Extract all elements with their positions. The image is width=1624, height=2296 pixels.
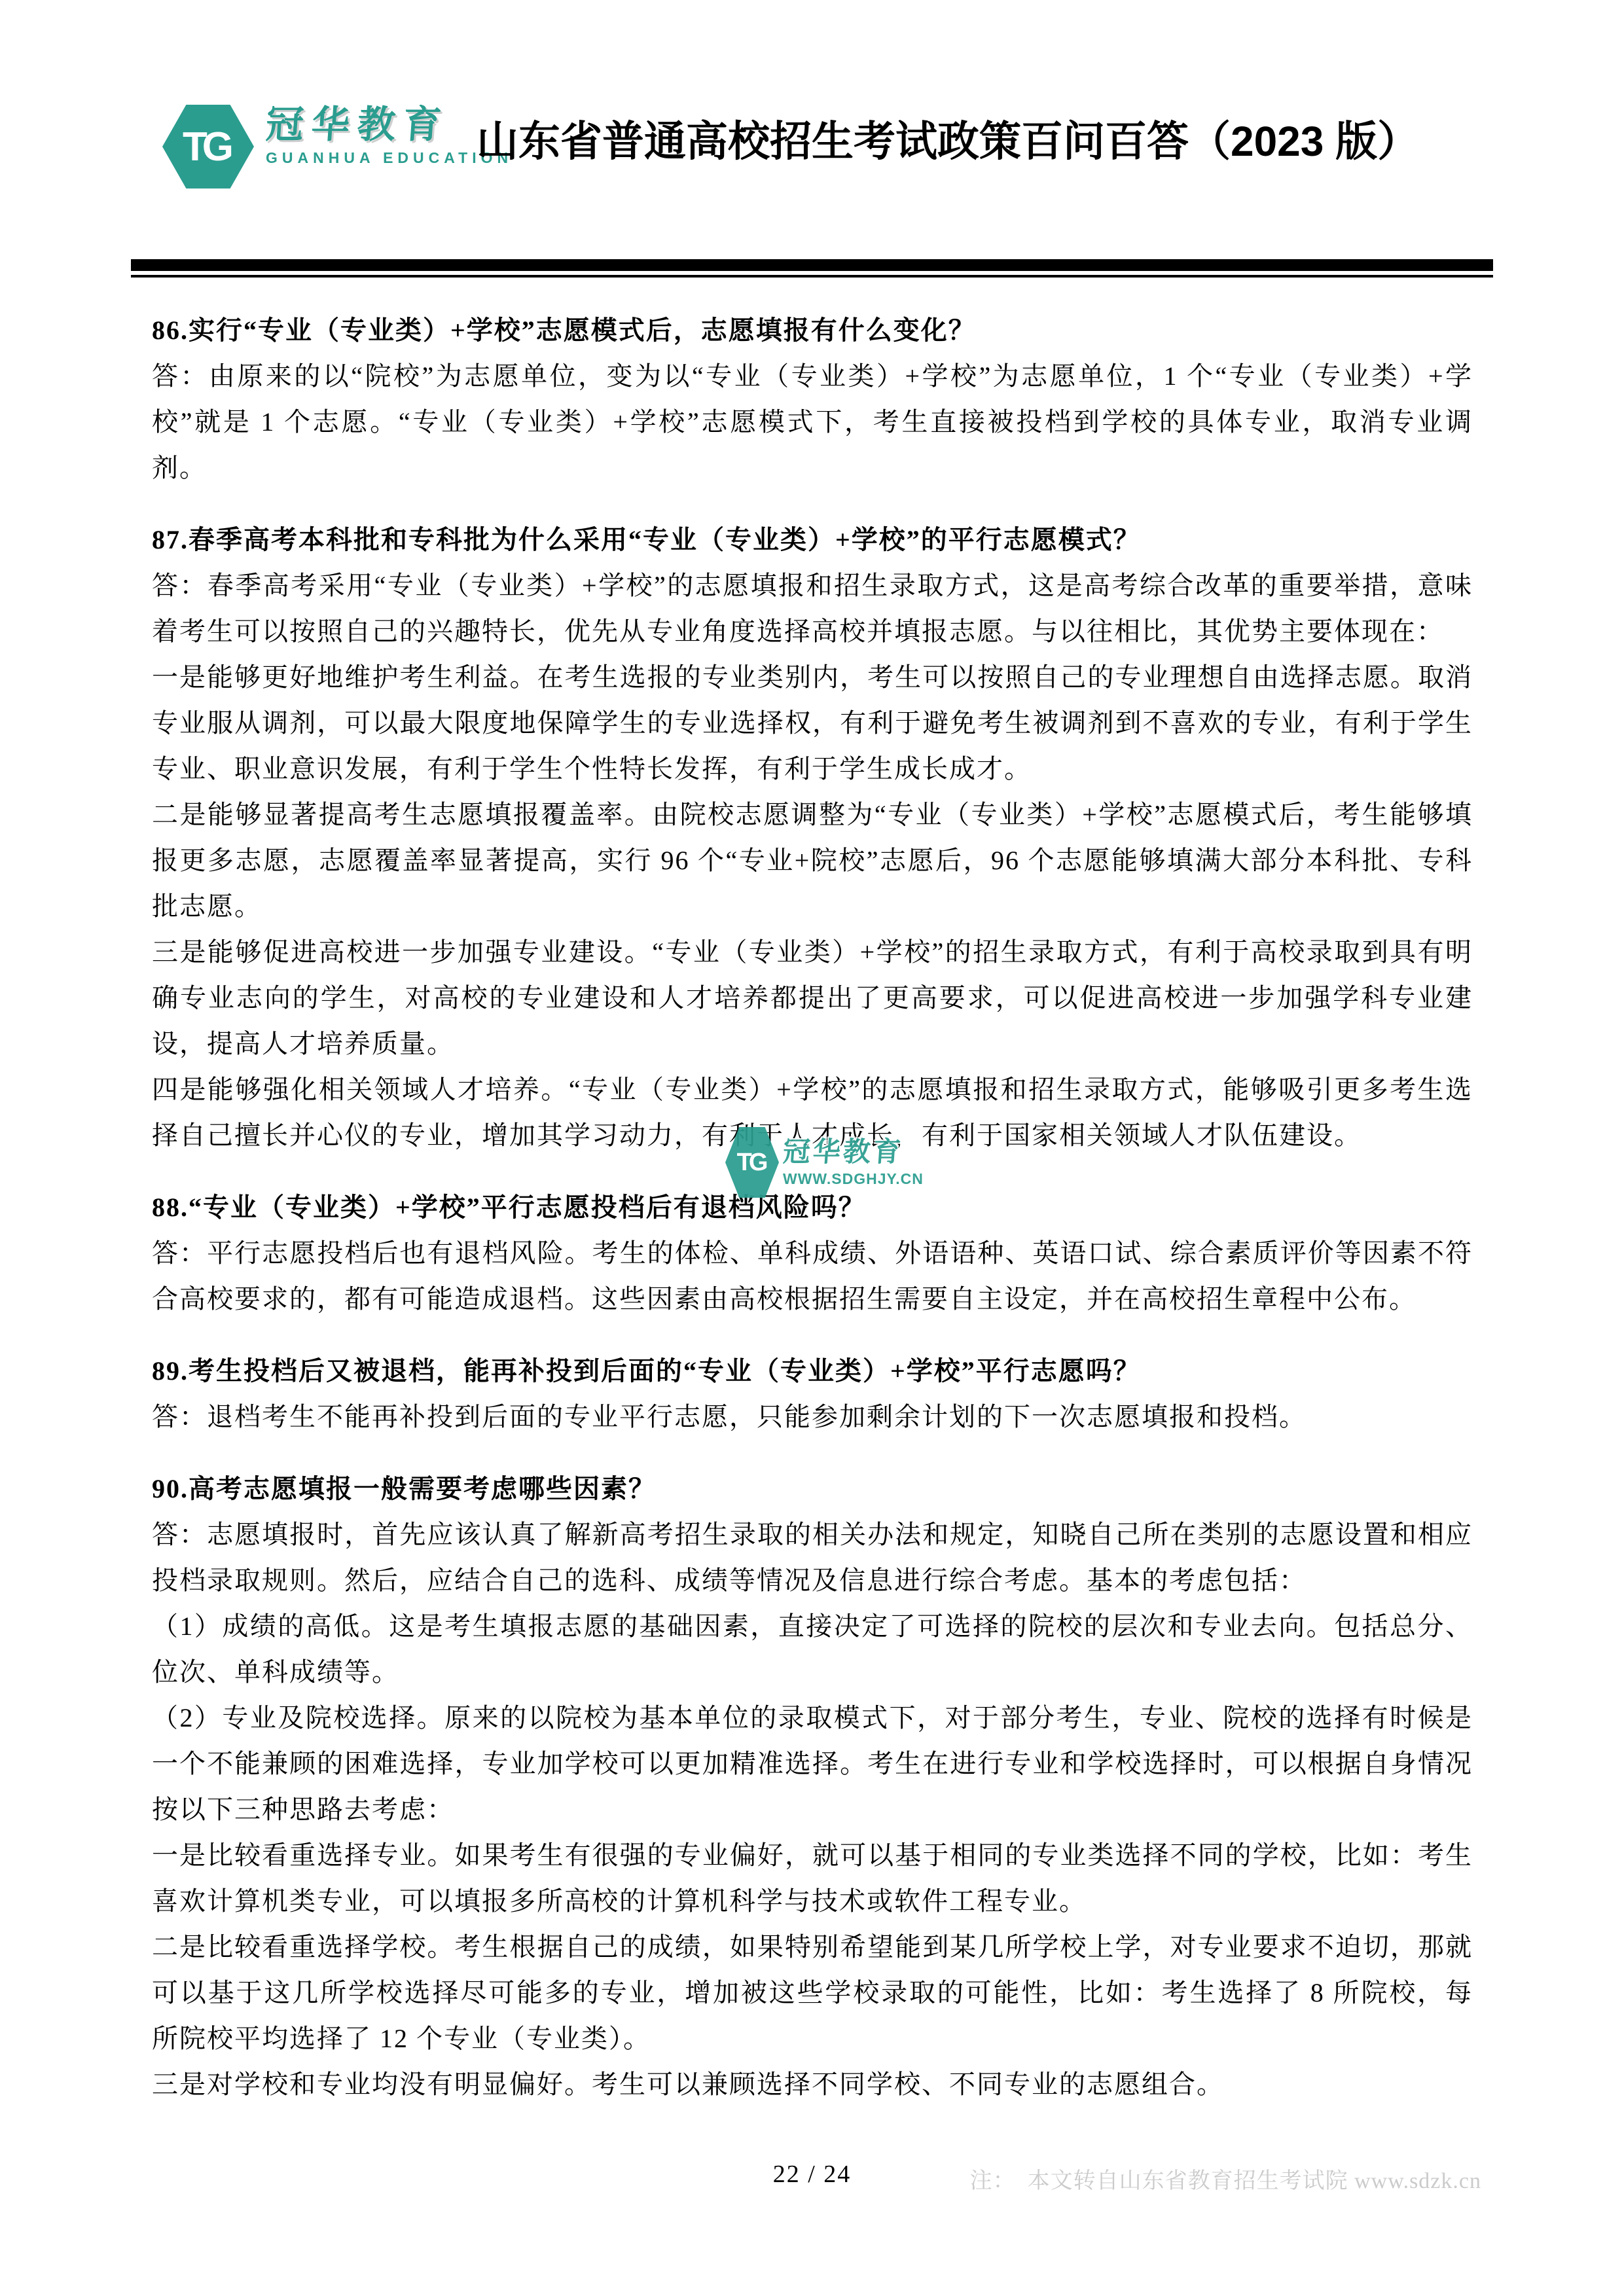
header-rule-thin [131, 275, 1493, 278]
answer-paragraph: 三是能够促进高校进一步加强专业建设。“专业（专业类）+学校”的招生录取方式，有利… [152, 929, 1473, 1067]
watermark-text-block: 冠华教育 WWW.SDGHJY.CN [783, 1136, 924, 1188]
answer-paragraph: 二是比较看重选择学校。考生根据自己的成绩，如果特别希望能到某几所学校上学，对专业… [152, 1924, 1473, 2062]
watermark-hexagon-icon: TG [725, 1127, 779, 1198]
question-heading: 89.考生投档后又被退档，能再补投到后面的“专业（专业类）+学校”平行志愿吗？ [152, 1348, 1473, 1394]
question-heading: 90.高考志愿填报一般需要考虑哪些因素？ [152, 1466, 1473, 1512]
watermark-site-url: WWW.SDGHJY.CN [783, 1170, 924, 1188]
watermark-monogram: TG [737, 1149, 768, 1177]
watermark: TG 冠华教育 WWW.SDGHJY.CN [725, 1127, 895, 1206]
watermark-name-cn: 冠华教育 [782, 1136, 924, 1168]
hexagon-logo-icon: TG [162, 105, 254, 188]
answer-paragraph: 答：由原来的以“院校”为志愿单位，变为以“专业（专业类）+学校”为志愿单位，1 … [152, 353, 1473, 491]
page-title: 山东省普通高校招生考试政策百问百答（2023 版） [477, 111, 1485, 171]
answer-paragraph: 答：退档考生不能再补投到后面的专业平行志愿，只能参加剩余计划的下一次志愿填报和投… [152, 1394, 1473, 1440]
brand-logo: TG 冠华教育 GUANHUA EDUCATION [162, 105, 513, 188]
answer-paragraph: 一是能够更好地维护考生利益。在考生选报的专业类别内，考生可以按照自己的专业理想自… [152, 655, 1473, 792]
answer-paragraph: 一是比较看重选择专业。如果考生有很强的专业偏好，就可以基于相同的专业类选择不同的… [152, 1833, 1473, 1924]
answer-paragraph: 答：志愿填报时，首先应该认真了解新高考招生录取的相关办法和规定，知晓自己所在类别… [152, 1512, 1473, 1604]
answer-paragraph: 答：春季高考采用“专业（专业类）+学校”的志愿填报和招生录取方式，这是高考综合改… [152, 563, 1473, 655]
logo-name-en: GUANHUA EDUCATION [266, 149, 513, 167]
logo-monogram: TG [183, 124, 234, 170]
logo-text-block: 冠华教育 GUANHUA EDUCATION [266, 105, 513, 167]
header-rule-thick [131, 259, 1493, 271]
page-header: TG 冠华教育 GUANHUA EDUCATION 山东省普通高校招生考试政策百… [0, 0, 1624, 281]
answer-paragraph: 答：平行志愿投档后也有退档风险。考生的体检、单科成绩、外语语种、英语口试、综合素… [152, 1230, 1473, 1322]
question-heading: 86.实行“专业（专业类）+学校”志愿模式后，志愿填报有什么变化？ [152, 308, 1473, 353]
answer-paragraph: （2）专业及院校选择。原来的以院校为基本单位的录取模式下，对于部分考生，专业、院… [152, 1695, 1473, 1833]
answer-paragraph: （1）成绩的高低。这是考生填报志愿的基础因素，直接决定了可选择的院校的层次和专业… [152, 1604, 1473, 1695]
document-page: TG 冠华教育 GUANHUA EDUCATION 山东省普通高校招生考试政策百… [0, 0, 1624, 2296]
answer-paragraph: 三是对学校和专业均没有明显偏好。考生可以兼顾选择不同学校、不同专业的志愿组合。 [152, 2062, 1473, 2108]
document-body: 86.实行“专业（专业类）+学校”志愿模式后，志愿填报有什么变化？答：由原来的以… [152, 308, 1473, 2108]
footer-source-note: 注： 本文转自山东省教育招生考试院 www.sdzk.cn [970, 2162, 1481, 2195]
answer-paragraph: 二是能够显著提高考生志愿填报覆盖率。由院校志愿调整为“专业（专业类）+学校”志愿… [152, 792, 1473, 929]
question-heading: 87.春季高考本科批和专科批为什么采用“专业（专业类）+学校”的平行志愿模式？ [152, 517, 1473, 563]
